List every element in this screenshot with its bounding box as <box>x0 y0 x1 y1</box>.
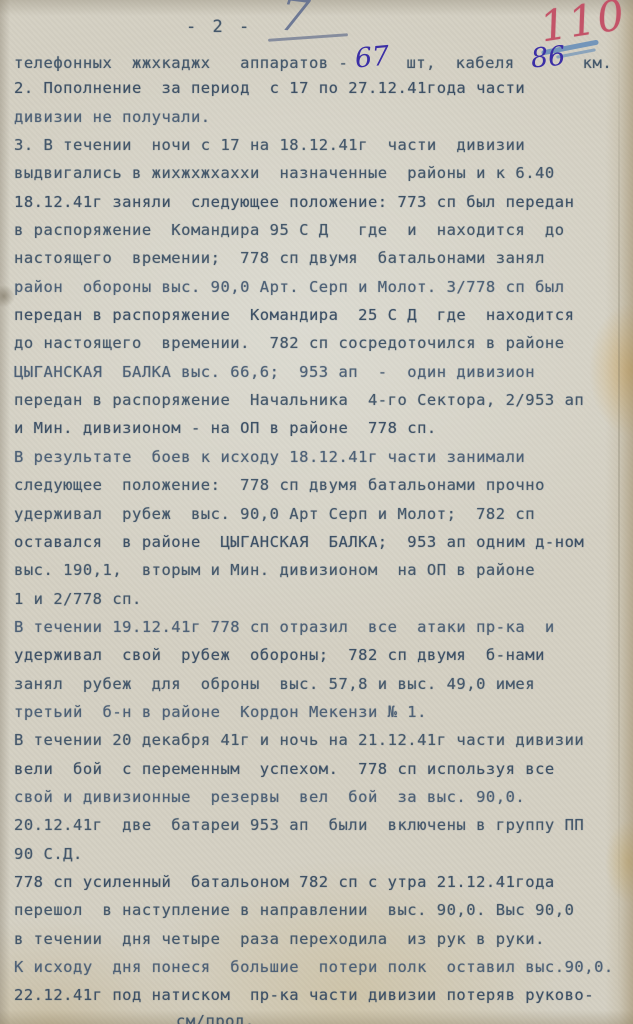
typed-line: 1 и 2/778 сп. <box>14 585 629 613</box>
typed-line: В течении 20 декабря 41г и ночь на 21.12… <box>14 726 629 754</box>
typed-line: оставался в районе ЦЫГАНСКАЯ БАЛКА; 953 … <box>14 528 629 556</box>
typed-line: до настоящего времении. 782 сп сосредото… <box>14 329 629 357</box>
typed-line: удерживал свой рубеж обороны; 782 сп дву… <box>14 641 629 669</box>
typed-line-telephones: телефонных жжхкаджх аппаратов -67 шт, ка… <box>14 46 629 74</box>
typed-line: удерживал рубеж выс. 90,0 Арт Серп и Мол… <box>14 500 629 528</box>
document-page: - 2 - 7 110 телефонных жжхкаджх аппарато… <box>0 0 633 1024</box>
typed-line: В результате боев к исходу 18.12.41г час… <box>14 443 629 471</box>
typed-line: К исходу дня понеся большие потери полк … <box>14 953 629 981</box>
typed-line: 22.12.41г под натиском пр-ка части дивиз… <box>14 981 629 1009</box>
typed-line: третьий б-н в районе Кордон Мекензи № 1. <box>14 698 629 726</box>
handwritten-page-number: 7 <box>277 0 312 40</box>
typed-line: перешол в наступление в направлении выс.… <box>14 896 629 924</box>
typed-text-segment: шт, кабеля <box>397 54 525 72</box>
typed-line: выс. 190,1, вторым и Мин. дивизионом на … <box>14 556 629 584</box>
typed-line: следующее положение: 778 сп двумя баталь… <box>14 471 629 499</box>
typed-line: и Мин. дивизионом - на ОП в районе 778 с… <box>14 414 629 442</box>
typed-line: настоящего времении; 778 сп двумя баталь… <box>14 244 629 272</box>
typed-line: 18.12.41г заняли следующее положение: 77… <box>14 188 629 216</box>
typed-line: 2. Пополнение за период с 17 по 27.12.41… <box>14 74 629 102</box>
typed-line: выдвигались в жихжхжхаххи назначенные ра… <box>14 159 629 187</box>
typed-line: 20.12.41г две батареи 953 ап были включе… <box>14 811 629 839</box>
page-number: - 2 - <box>186 17 252 37</box>
typed-line: 90 С.Д. <box>14 840 629 868</box>
handwritten-number-67: 67 <box>354 43 391 73</box>
typed-line: передан в распоряжение Командира 25 С Д … <box>14 301 629 329</box>
typed-line: 3. В течении ночи с 17 на 18.12.41г част… <box>14 131 629 159</box>
handwritten-number-86: 86 <box>530 43 567 73</box>
typed-line: ЦЫГАНСКАЯ БАЛКА выс. 66,6; 953 ап - один… <box>14 358 629 386</box>
typed-line: в распоряжение Командира 95 С Д где и на… <box>14 216 629 244</box>
typed-text-segment: телефонных жжхкаджх аппаратов - <box>14 54 348 72</box>
typed-line: район обороны выс. 90,0 Арт. Серп и Моло… <box>14 273 629 301</box>
typed-line: в течении дня четыре раза переходила из … <box>14 925 629 953</box>
typed-line: занял рубеж для оброны выс. 57,8 и выс. … <box>14 670 629 698</box>
typed-line: свой и дивизионные резервы вел бой за вы… <box>14 783 629 811</box>
typed-line: вели бой с переменным успехом. 778 сп ис… <box>14 755 629 783</box>
typed-line: передан в распоряжение Начальника 4-го С… <box>14 386 629 414</box>
typed-text-segment: км. <box>573 54 612 72</box>
typed-line: 778 сп усиленный батальоном 782 сп с утр… <box>14 868 629 896</box>
typed-line: В течении 19.12.41г 778 сп отразил все а… <box>14 613 629 641</box>
typed-text-block: телефонных жжхкаджх аппаратов -67 шт, ка… <box>14 46 629 1010</box>
typed-line: дивизии не получали. <box>14 103 629 131</box>
catchword: см/прод. <box>176 1012 255 1024</box>
